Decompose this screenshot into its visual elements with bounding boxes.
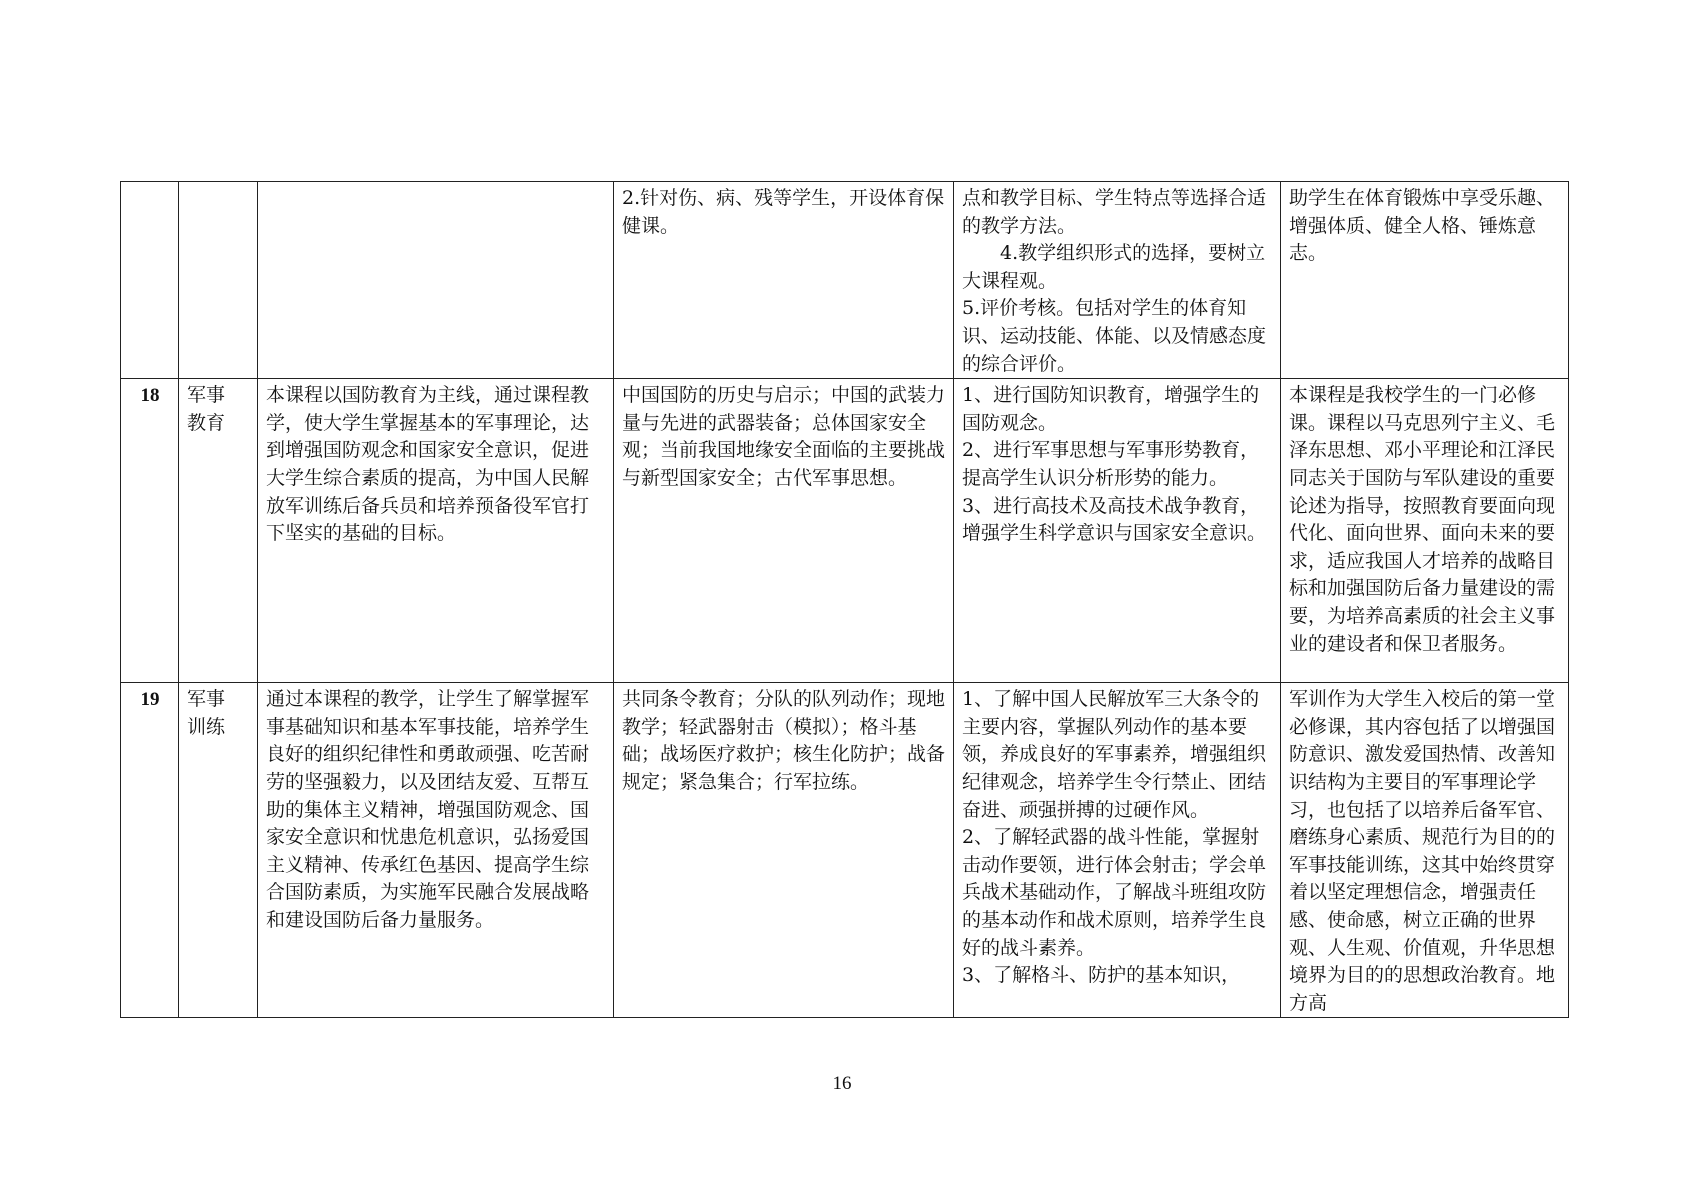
course-notes: 本课程是我校学生的一门必修课。课程以马克思列宁主义、毛泽东思想、邓小平理论和江泽… [1281,379,1569,683]
course-requirements: 1、了解中国人民解放军三大条令的主要内容，掌握队列动作的基本要领，养成良好的军事… [954,683,1281,1018]
requirement-item: 1、了解中国人民解放军三大条令的主要内容，掌握队列动作的基本要领，养成良好的军事… [962,686,1273,824]
course-objective: 通过本课程的教学，让学生了解掌握军事基础知识和基本军事技能，培养学生良好的组织纪… [258,683,614,1018]
page-number: 16 [0,1073,1684,1095]
objective-text: 本课程以国防教育为主线，通过课程教学，使大学生掌握基本的军事理论，达到增强国防观… [266,382,606,548]
notes-text: 本课程是我校学生的一门必修课。课程以马克思列宁主义、毛泽东思想、邓小平理论和江泽… [1289,382,1561,658]
course-objective [258,182,614,379]
notes-text: 助学生在体育锻炼中享受乐趣、增强体质、健全人格、锤炼意志。 [1289,185,1561,268]
course-objective: 本课程以国防教育为主线，通过课程教学，使大学生掌握基本的军事理论，达到增强国防观… [258,379,614,683]
table-row: 19 军事 训练 通过本课程的教学，让学生了解掌握军事基础知识和基本军事技能，培… [121,683,1569,1018]
content-text: 2.针对伤、病、残等学生，开设体育保健课。 [622,185,946,240]
course-name: 军事 教育 [179,379,258,683]
objective-text: 通过本课程的教学，让学生了解掌握军事基础知识和基本军事技能，培养学生良好的组织纪… [266,686,606,934]
course-name-line: 军事 [187,382,250,410]
requirement-item: 2、进行军事思想与军事形势教育，提高学生认识分析形势的能力。 [962,437,1273,492]
table-row: 18 军事 教育 本课程以国防教育为主线，通过课程教学，使大学生掌握基本的军事理… [121,379,1569,683]
requirement-item: 4.教学组织形式的选择，要树立大课程观。 [962,240,1273,295]
course-content: 共同条令教育；分队的队列动作；现地教学；轻武器射击（模拟）；格斗基础；战场医疗救… [614,683,954,1018]
course-name [179,182,258,379]
course-notes: 助学生在体育锻炼中享受乐趣、增强体质、健全人格、锤炼意志。 [1281,182,1569,379]
table-row: 2.针对伤、病、残等学生，开设体育保健课。 点和教学目标、学生特点等选择合适的教… [121,182,1569,379]
course-notes: 军训作为大学生入校后的第一堂必修课，其内容包括了以增强国防意识、激发爱国热情、改… [1281,683,1569,1018]
course-requirements: 点和教学目标、学生特点等选择合适的教学方法。 4.教学组织形式的选择，要树立大课… [954,182,1281,379]
content-text: 共同条令教育；分队的队列动作；现地教学；轻武器射击（模拟）；格斗基础；战场医疗救… [622,686,946,796]
notes-text: 军训作为大学生入校后的第一堂必修课，其内容包括了以增强国防意识、激发爱国热情、改… [1289,686,1561,1017]
course-content: 中国国防的历史与启示；中国的武装力量与先进的武器装备；总体国家安全观；当前我国地… [614,379,954,683]
course-requirements: 1、进行国防知识教育，增强学生的国防观念。 2、进行军事思想与军事形势教育，提高… [954,379,1281,683]
course-number: 18 [121,379,179,683]
requirement-item: 3、了解格斗、防护的基本知识， [962,962,1273,990]
document-page: 2.针对伤、病、残等学生，开设体育保健课。 点和教学目标、学生特点等选择合适的教… [0,0,1684,1191]
course-number: 19 [121,683,179,1018]
course-name-line: 教育 [187,410,250,438]
course-table: 2.针对伤、病、残等学生，开设体育保健课。 点和教学目标、学生特点等选择合适的教… [120,181,1569,1018]
course-name-line: 训练 [187,714,250,742]
course-name-line: 军事 [187,686,250,714]
requirement-item: 3、进行高技术及高技术战争教育，增强学生科学意识与国家安全意识。 [962,493,1273,548]
course-number [121,182,179,379]
course-content: 2.针对伤、病、残等学生，开设体育保健课。 [614,182,954,379]
course-name: 军事 训练 [179,683,258,1018]
requirement-item: 1、进行国防知识教育，增强学生的国防观念。 [962,382,1273,437]
content-text: 中国国防的历史与启示；中国的武装力量与先进的武器装备；总体国家安全观；当前我国地… [622,382,946,492]
requirement-item: 5.评价考核。包括对学生的体育知识、运动技能、体能、以及情感态度的综合评价。 [962,295,1273,378]
requirement-item: 2、了解轻武器的战斗性能，掌握射击动作要领，进行体会射击；学会单兵战术基础动作，… [962,824,1273,962]
requirement-item: 点和教学目标、学生特点等选择合适的教学方法。 [962,185,1273,240]
